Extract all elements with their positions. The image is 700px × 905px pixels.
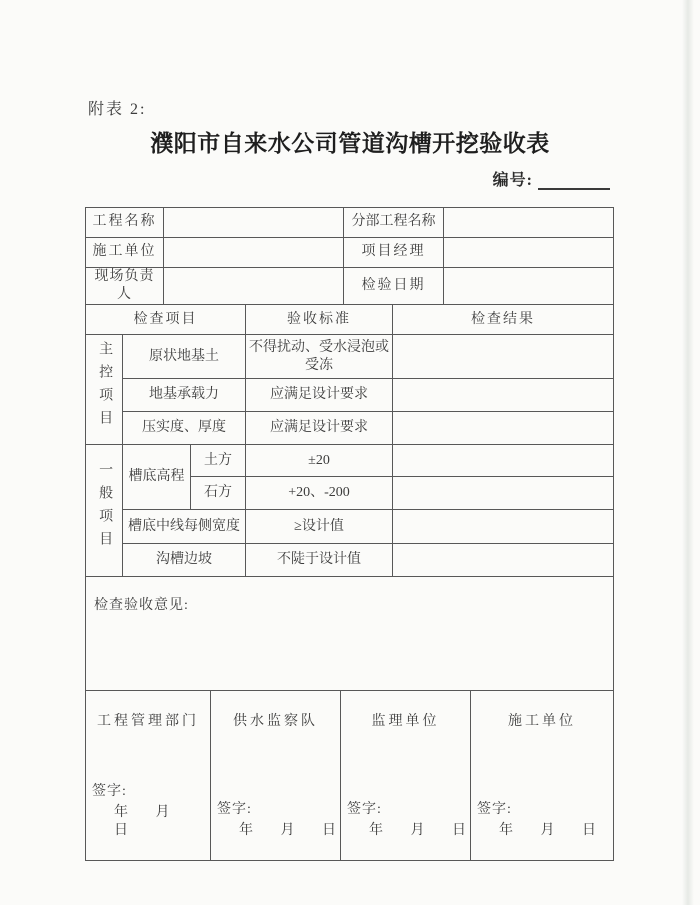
form-number-label: 编号: [493, 167, 533, 190]
inspection-date-label: 检验日期 [344, 268, 444, 305]
table-row: 主控项目 原状地基土 不得扰动、受水浸泡或受冻 [86, 335, 614, 379]
signature-column-water-supply-inspection: 供水监察队 签字: 年 月 日 [211, 691, 341, 861]
sign-label: 签字: [471, 801, 613, 819]
general-group-label: 一般项目 [95, 462, 113, 554]
main-control-group-label: 主控项目 [95, 341, 113, 433]
inspection-table: 检查项目 验收标准 检查结果 主控项目 原状地基土 不得扰动、受水浸泡或受冻 地… [85, 304, 614, 577]
sign-label: 签字: [341, 801, 470, 819]
opinion-table: 检查验收意见: [85, 576, 614, 691]
table-row: 槽底中线每侧宽度 ≥设计值 [86, 510, 614, 544]
sign-label: 签字: [211, 801, 340, 819]
standard-original-foundation-soil: 不得扰动、受水浸泡或受冻 [246, 335, 393, 379]
main-control-group-cell: 主控项目 [86, 335, 123, 445]
item-centerline-width: 槽底中线每侧宽度 [123, 510, 246, 544]
general-group-cell: 一般项目 [86, 445, 123, 577]
acceptance-form-table: 工程名称 分部工程名称 施工单位 项目经理 现场负责人 检验日期 [85, 207, 613, 861]
table-row: 压实度、厚度 应满足设计要求 [86, 412, 614, 445]
signature-dept-label: 施工单位 [471, 713, 613, 731]
project-name-label: 工程名称 [86, 208, 164, 238]
subproject-name-value-cell [444, 208, 614, 238]
form-number: 编号: [493, 167, 610, 190]
standard-earthwork: ±20 [246, 445, 393, 477]
header-acceptance-standard: 验收标准 [246, 305, 393, 335]
form-number-blank-line [538, 169, 610, 190]
signature-dept-label: 供水监察队 [211, 713, 340, 731]
project-manager-label: 项目经理 [344, 238, 444, 268]
signature-table: 工程管理部门 签字: 年 月 日 供水监察队 签字: 年 月 日 [85, 690, 614, 861]
signature-column-supervision-unit: 监理单位 签字: 年 月 日 [341, 691, 471, 861]
table-row: 地基承载力 应满足设计要求 [86, 379, 614, 412]
result-cell [393, 544, 614, 577]
table-row: 检查验收意见: [86, 577, 614, 691]
signature-column-engineering-management: 工程管理部门 签字: 年 月 日 [86, 691, 211, 861]
item-original-foundation-soil: 原状地基土 [123, 335, 246, 379]
project-name-value-cell [164, 208, 344, 238]
standard-rockwork: +20、-200 [246, 477, 393, 510]
table-row: 施工单位 项目经理 [86, 238, 614, 268]
standard-foundation-bearing-capacity: 应满足设计要求 [246, 379, 393, 412]
standard-centerline-width: ≥设计值 [246, 510, 393, 544]
date-label: 年 月 日 [86, 804, 210, 840]
table-row: 一般项目 槽底高程 土方 ±20 [86, 445, 614, 477]
header-inspection-result: 检查结果 [393, 305, 614, 335]
sign-label: 签字: [86, 783, 210, 801]
info-table: 工程名称 分部工程名称 施工单位 项目经理 现场负责人 检验日期 [85, 207, 614, 305]
opinion-box: 检查验收意见: [86, 577, 614, 691]
project-manager-value-cell [444, 238, 614, 268]
item-trench-bottom-elevation: 槽底高程 [123, 445, 191, 510]
opinion-label: 检查验收意见: [94, 598, 189, 613]
scanned-form-page: 附表 2: 濮阳市自来水公司管道沟槽开挖验收表 编号: 工程名称 分部工程名称 … [0, 0, 700, 905]
result-cell [393, 335, 614, 379]
signature-column-construction-unit: 施工单位 签字: 年 月 日 [471, 691, 614, 861]
subproject-name-label: 分部工程名称 [344, 208, 444, 238]
item-foundation-bearing-capacity: 地基承载力 [123, 379, 246, 412]
form-title: 濮阳市自来水公司管道沟槽开挖验收表 [0, 125, 700, 158]
table-row: 检查项目 验收标准 检查结果 [86, 305, 614, 335]
result-cell [393, 412, 614, 445]
table-row: 工程名称 分部工程名称 [86, 208, 614, 238]
annex-label: 附表 2: [88, 96, 146, 119]
item-compaction-thickness: 压实度、厚度 [123, 412, 246, 445]
header-inspection-item: 检查项目 [86, 305, 246, 335]
site-manager-value-cell [164, 268, 344, 305]
table-row: 沟槽边坡 不陡于设计值 [86, 544, 614, 577]
result-cell [393, 379, 614, 412]
date-label: 年 月 日 [471, 822, 613, 840]
item-trench-slope: 沟槽边坡 [123, 544, 246, 577]
date-label: 年 月 日 [341, 822, 470, 840]
result-cell [393, 445, 614, 477]
site-manager-label: 现场负责人 [86, 268, 164, 305]
construction-unit-value-cell [164, 238, 344, 268]
standard-compaction-thickness: 应满足设计要求 [246, 412, 393, 445]
inspection-date-value-cell [444, 268, 614, 305]
date-label: 年 月 日 [211, 822, 340, 840]
signature-dept-label: 监理单位 [341, 713, 470, 731]
sub-item-earthwork: 土方 [191, 445, 246, 477]
table-row: 工程管理部门 签字: 年 月 日 供水监察队 签字: 年 月 日 [86, 691, 614, 861]
table-row: 现场负责人 检验日期 [86, 268, 614, 305]
result-cell [393, 477, 614, 510]
result-cell [393, 510, 614, 544]
construction-unit-label: 施工单位 [86, 238, 164, 268]
sub-item-rockwork: 石方 [191, 477, 246, 510]
signature-dept-label: 工程管理部门 [86, 713, 210, 731]
standard-trench-slope: 不陡于设计值 [246, 544, 393, 577]
